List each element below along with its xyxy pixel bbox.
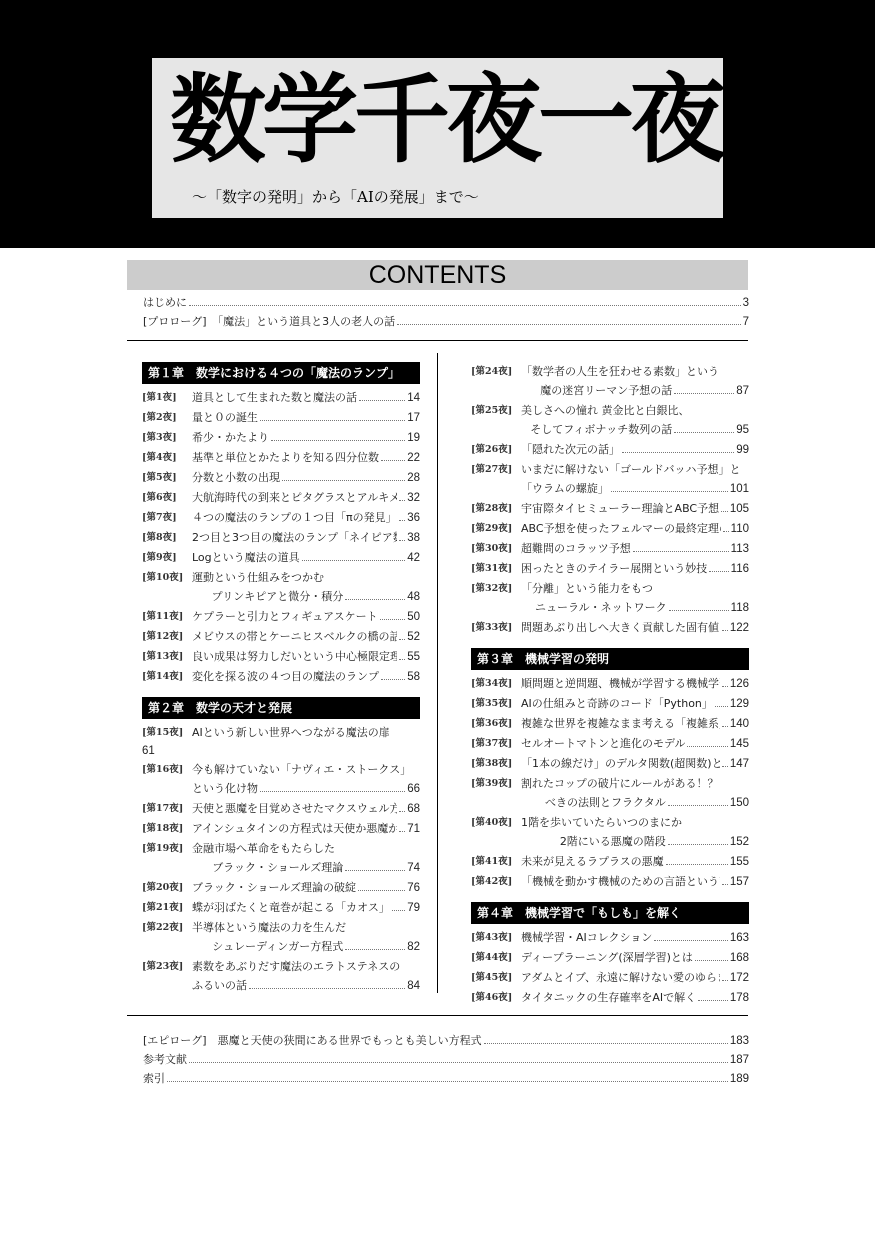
night-number: [第40夜] — [471, 813, 521, 852]
entry-line: ブラック・ショールズ理論の破綻76 — [192, 878, 420, 898]
entry-body: 未来が見えるラプラスの悪魔155 — [521, 852, 749, 872]
dot-leader — [399, 639, 405, 640]
toc-entry[interactable]: [第2夜]量と０の誕生17 — [142, 408, 420, 428]
entry-line: 魔の迷宮リーマン予想の話87 — [521, 381, 749, 401]
night-number: [第34夜] — [471, 674, 521, 694]
toc-page-number: 183 — [730, 1032, 749, 1050]
dot-leader — [381, 679, 405, 680]
entry-page-number: 118 — [731, 599, 749, 618]
entry-title: ブラック・ショールズ理論 — [212, 858, 343, 877]
toc-entry[interactable]: [第20夜]ブラック・ショールズ理論の破綻76 — [142, 878, 420, 898]
entry-page-number: 42 — [407, 549, 420, 568]
entry-line: ブラック・ショールズ理論74 — [192, 858, 420, 878]
entry-title: 困ったときのテイラー展開という妙技 — [521, 559, 707, 578]
toc-entry[interactable]: [第33夜]問題あぶり出しへ大きく貢献した固有値問題122 — [471, 618, 749, 638]
entry-line: ニューラル・ネットワーク118 — [521, 598, 749, 618]
toc-page-number: 3 — [743, 294, 749, 312]
toc-entry[interactable]: [第5夜]分数と小数の出現28 — [142, 468, 420, 488]
entry-title: AIの仕組みと奇跡のコード「Python」 — [521, 694, 713, 713]
column-divider — [437, 353, 438, 993]
toc-entry[interactable]: [第23夜]素数をあぶりだす魔法のエラトステネスのふるいの話84 — [142, 957, 420, 996]
dot-leader — [666, 864, 728, 865]
entry-page-number: 126 — [730, 675, 749, 694]
toc-label: 参考文献 — [143, 1051, 187, 1069]
toc-entry[interactable]: [第28夜]宇宙際タイヒミューラー理論とABC予想105 — [471, 499, 749, 519]
entry-page-number: 105 — [730, 500, 749, 519]
entry-body: Logという魔法の道具42 — [192, 548, 420, 568]
night-number: [第35夜] — [471, 694, 521, 714]
header-band: 数学千夜一夜 〜「数字の発明」から「AIの発展」まで〜 — [0, 0, 875, 248]
entry-body: 素数をあぶりだす魔法のエラトステネスのふるいの話84 — [192, 957, 420, 996]
entry-title: ニューラル・ネットワーク — [535, 598, 667, 617]
toc-entry[interactable]: [第19夜]金融市場へ革命をもたらしたブラック・ショールズ理論74 — [142, 839, 420, 878]
entry-page-number: 168 — [730, 949, 749, 968]
toc-entry[interactable]: [第8夜]2つ目と3つ目の魔法のランプ「ネイピア数e」と「虚数i」38 — [142, 528, 420, 548]
entry-body: 量と０の誕生17 — [192, 408, 420, 428]
entry-body: 変化を探る波の４つ目の魔法のランプ58 — [192, 667, 420, 687]
entry-page-number: 110 — [731, 520, 749, 539]
entry-line: 希少・かたより19 — [192, 428, 420, 448]
entry-title: 問題あぶり出しへ大きく貢献した固有値問題 — [521, 618, 720, 637]
night-number: [第23夜] — [142, 957, 192, 996]
entry-title: 希少・かたより — [192, 428, 269, 447]
toc-entry[interactable]: [第13夜]良い成果は努力しだいという中心極限定理55 — [142, 647, 420, 667]
toc-entry[interactable]: [第41夜]未来が見えるラプラスの悪魔155 — [471, 852, 749, 872]
entry-title: 「機械を動かす機械のための言語という話」 — [521, 872, 720, 891]
night-number: [第4夜] — [142, 448, 192, 468]
entry-title: 魔の迷宮リーマン予想の話 — [540, 381, 672, 400]
entry-page-number: 178 — [730, 989, 749, 1008]
spacer — [471, 638, 749, 648]
toc-entry[interactable]: [第32夜]「分離」という能力をもつニューラル・ネットワーク118 — [471, 579, 749, 618]
entry-body: 天使と悪魔を目覚めさせたマクスウェル方程式68 — [192, 799, 420, 819]
toc-entry[interactable]: [第21夜]蝶が羽ばたくと竜巻が起こる「カオス」79 — [142, 898, 420, 918]
entry-page-number: 163 — [730, 929, 749, 948]
toc-entry[interactable]: [第15夜]AIという新しい世界へつながる魔法の扉 — [142, 723, 420, 742]
entry-page-number: 87 — [736, 382, 749, 401]
toc-front-matter-item[interactable]: [プロローグ] 「魔法」という道具と3人の老人の話 7 — [143, 313, 749, 331]
entry-title: 大航海時代の到来とピタグラスとアルキメデス — [192, 488, 397, 507]
spacer — [142, 687, 420, 697]
dot-leader — [698, 1000, 728, 1001]
entry-body: 「隠れた次元の話」99 — [521, 440, 749, 460]
dot-leader — [722, 980, 728, 981]
entry-title: という化け物 — [192, 779, 258, 798]
dot-leader — [399, 520, 406, 521]
entry-title: AIという新しい世界へつながる魔法の扉 — [192, 723, 390, 742]
entry-body: 宇宙際タイヒミューラー理論とABC予想105 — [521, 499, 749, 519]
entry-body: 運動という仕組みをつかむプリンキピアと微分・積分48 — [192, 568, 420, 607]
entry-line: べきの法則とフラクタル150 — [521, 793, 749, 813]
entry-line: 量と０の誕生17 — [192, 408, 420, 428]
entry-body: 機械学習・AIコレクション163 — [521, 928, 749, 948]
entry-line: 1階を歩いていたらいつのまにか — [521, 813, 749, 832]
dot-leader — [668, 805, 728, 806]
chapter-number: 第３章 — [477, 652, 513, 666]
entry-title: 良い成果は努力しだいという中心極限定理 — [192, 647, 397, 666]
entry-body: ABC予想を使ったフェルマーの最終定理の話110 — [521, 519, 749, 539]
toc-entry[interactable]: [第36夜]複雑な世界を複雑なまま考える「複雑系」の登場140 — [471, 714, 749, 734]
entry-title: 素数をあぶりだす魔法のエラトステネスの — [192, 957, 400, 976]
toc-label: はじめに — [143, 294, 187, 312]
entry-line: 複雑な世界を複雑なまま考える「複雑系」の登場140 — [521, 714, 749, 734]
night-number: [第21夜] — [142, 898, 192, 918]
toc-entry[interactable]: [第44夜]ディープラーニング(深層学習)とは168 — [471, 948, 749, 968]
night-number: [第16夜] — [142, 760, 192, 799]
toc-entry[interactable]: [第17夜]天使と悪魔を目覚めさせたマクスウェル方程式68 — [142, 799, 420, 819]
toc-entry[interactable]: [第26夜]「隠れた次元の話」99 — [471, 440, 749, 460]
entry-line: メビウスの帯とケーニヒスベルクの橋の話52 — [192, 627, 420, 647]
entry-line: 「分離」という能力をもつ — [521, 579, 749, 598]
night-number: [第12夜] — [142, 627, 192, 647]
entry-body: 困ったときのテイラー展開という妙技116 — [521, 559, 749, 579]
toc-entry[interactable]: [第14夜]変化を探る波の４つ目の魔法のランプ58 — [142, 667, 420, 687]
entry-title: 未来が見えるラプラスの悪魔 — [521, 852, 664, 871]
entry-body: タイタニックの生存確率をAIで解く178 — [521, 988, 749, 1008]
night-number: [第6夜] — [142, 488, 192, 508]
entry-title: 今も解けていない「ナヴィエ・ストークス」 — [192, 760, 411, 779]
night-number: [第1夜] — [142, 388, 192, 408]
entry-line: 「ウラムの螺旋」101 — [521, 479, 749, 499]
entry-title: そしてフィボナッチ数列の話 — [530, 420, 672, 439]
toc-entry[interactable]: [第16夜]今も解けていない「ナヴィエ・ストークス」という化け物66 — [142, 760, 420, 799]
toc-entry[interactable]: [第4夜]基準と単位とかたよりを知る四分位数22 — [142, 448, 420, 468]
entry-line: プリンキピアと微分・積分48 — [192, 587, 420, 607]
entry-line: 素数をあぶりだす魔法のエラトステネスの — [192, 957, 420, 976]
night-number: [第28夜] — [471, 499, 521, 519]
dot-leader — [715, 706, 728, 707]
spacer — [471, 892, 749, 902]
entry-page-number: 84 — [407, 977, 420, 996]
toc-page-number: 189 — [730, 1070, 749, 1088]
toc-entry[interactable]: [第18夜]アインシュタインの方程式は天使か悪魔か71 — [142, 819, 420, 839]
toc-column-right: [第24夜]「数学者の人生を狂わせる素数」という魔の迷宮リーマン予想の話87[第… — [471, 362, 749, 1008]
night-number: [第27夜] — [471, 460, 521, 499]
entry-body: ディープラーニング(深層学習)とは168 — [521, 948, 749, 968]
entry-title: 2階にいる悪魔の階段 — [560, 832, 666, 851]
entry-line: 困ったときのテイラー展開という妙技116 — [521, 559, 749, 579]
entry-line: 「隠れた次元の話」99 — [521, 440, 749, 460]
toc-entry[interactable]: [第27夜]いまだに解けない「ゴールドバッハ予想」と「ウラムの螺旋」101 — [471, 460, 749, 499]
entry-body: ケプラーと引力とフィギュアスケート50 — [192, 607, 420, 627]
contents-heading-bar: CONTENTS — [127, 260, 748, 290]
dot-leader — [399, 811, 405, 812]
night-number: [第41夜] — [471, 852, 521, 872]
entry-title: 変化を探る波の４つ目の魔法のランプ — [192, 667, 379, 686]
contents-title: CONTENTS — [369, 261, 507, 289]
entry-line: 「数学者の人生を狂わせる素数」という — [521, 362, 749, 381]
toc-entry[interactable]: [第10夜]運動という仕組みをつかむプリンキピアと微分・積分48 — [142, 568, 420, 607]
entry-title: 「数学者の人生を狂わせる素数」という — [521, 362, 719, 381]
entry-title: 「隠れた次元の話」 — [521, 440, 620, 459]
entry-page-number: 116 — [731, 560, 749, 579]
toc-entry[interactable]: [第9夜]Logという魔法の道具42 — [142, 548, 420, 568]
entry-title: アダムとイブ、永遠に解けない愛のゆらぎ — [521, 968, 720, 987]
entry-title: 道具として生まれた数と魔法の話 — [192, 388, 357, 407]
entry-line: 変化を探る波の４つ目の魔法のランプ58 — [192, 667, 420, 687]
night-number: [第13夜] — [142, 647, 192, 667]
entry-line: ABC予想を使ったフェルマーの最終定理の話110 — [521, 519, 749, 539]
dot-leader — [381, 460, 405, 461]
divider-top — [127, 340, 748, 341]
entry-body: 1階を歩いていたらいつのまにか2階にいる悪魔の階段152 — [521, 813, 749, 852]
entry-page-number: 147 — [730, 755, 749, 774]
entry-page-number: 76 — [407, 879, 420, 898]
entry-body: 希少・かたより19 — [192, 428, 420, 448]
night-number: [第36夜] — [471, 714, 521, 734]
entry-body: 半導体という魔法の力を生んだシュレーディンガー方程式82 — [192, 918, 420, 957]
entry-line: 基準と単位とかたよりを知る四分位数22 — [192, 448, 420, 468]
entry-body: 大航海時代の到来とピタグラスとアルキメデス32 — [192, 488, 420, 508]
chapter-heading[interactable]: 第２章数学の天才と発展 — [142, 697, 420, 719]
dot-leader — [399, 540, 405, 541]
entry-title: 2つ目と3つ目の魔法のランプ「ネイピア数e」と「虚数i」 — [192, 528, 397, 547]
entry-line: 2階にいる悪魔の階段152 — [521, 832, 749, 852]
entry-title: べきの法則とフラクタル — [545, 793, 666, 812]
night-number: [第9夜] — [142, 548, 192, 568]
dot-leader — [654, 940, 727, 941]
toc-entry[interactable]: [第24夜]「数学者の人生を狂わせる素数」という魔の迷宮リーマン予想の話87 — [471, 362, 749, 401]
entry-body: 金融市場へ革命をもたらしたブラック・ショールズ理論74 — [192, 839, 420, 878]
toc-back-matter-item[interactable]: 索引 189 — [143, 1070, 749, 1088]
book-title: 数学千夜一夜 — [170, 60, 710, 180]
night-number: [第5夜] — [142, 468, 192, 488]
night-number: [第42夜] — [471, 872, 521, 892]
dot-leader — [345, 599, 405, 600]
toc-entry[interactable]: [第39夜]割れたコップの破片にルールがある！？べきの法則とフラクタル150 — [471, 774, 749, 813]
entry-page-number: 150 — [730, 794, 749, 813]
dot-leader — [721, 511, 728, 512]
dot-leader — [260, 420, 405, 421]
entry-line: ディープラーニング(深層学習)とは168 — [521, 948, 749, 968]
dot-leader — [189, 304, 741, 306]
entry-page-number: 66 — [407, 780, 420, 799]
entry-line: 道具として生まれた数と魔法の話14 — [192, 388, 420, 408]
entry-page-number: 28 — [407, 469, 420, 488]
entry-title: 「1本の線だけ」のデルタ関数(超関数)とは — [521, 754, 720, 773]
entry-title: アインシュタインの方程式は天使か悪魔か — [192, 819, 397, 838]
entry-title: 「分離」という能力をもつ — [521, 579, 653, 598]
entry-line: 今も解けていない「ナヴィエ・ストークス」 — [192, 760, 420, 779]
night-number: [第45夜] — [471, 968, 521, 988]
entry-title: プリンキピアと微分・積分 — [212, 587, 344, 606]
dot-leader — [674, 393, 734, 394]
entry-line: アダムとイブ、永遠に解けない愛のゆらぎ172 — [521, 968, 749, 988]
toc-entry[interactable]: [第3夜]希少・かたより19 — [142, 428, 420, 448]
entry-line: AIという新しい世界へつながる魔法の扉 — [192, 723, 420, 742]
entry-line: アインシュタインの方程式は天使か悪魔か71 — [192, 819, 420, 839]
entry-title: セルオートマトンと進化のモデル — [521, 734, 685, 753]
entry-title: 分数と小数の出現 — [192, 468, 280, 487]
night-number: [第19夜] — [142, 839, 192, 878]
entry-page-number: 58 — [407, 668, 420, 687]
dot-leader — [709, 571, 728, 572]
toc-entry[interactable]: [第11夜]ケプラーと引力とフィギュアスケート50 — [142, 607, 420, 627]
entry-body: 超難問のコラッツ予想113 — [521, 539, 749, 559]
dot-leader — [695, 960, 728, 961]
toc-entry[interactable]: [第42夜]「機械を動かす機械のための言語という話」157 — [471, 872, 749, 892]
night-number: [第3夜] — [142, 428, 192, 448]
dot-leader — [668, 844, 728, 845]
toc-entry[interactable]: [第37夜]セルオートマトンと進化のモデル145 — [471, 734, 749, 754]
night-number: [第20夜] — [142, 878, 192, 898]
entry-line: ケプラーと引力とフィギュアスケート50 — [192, 607, 420, 627]
dot-leader — [669, 610, 729, 611]
entry-line: AIの仕組みと奇跡のコード「Python」129 — [521, 694, 749, 714]
toc-entry[interactable]: [第29夜]ABC予想を使ったフェルマーの最終定理の話110 — [471, 519, 749, 539]
entry-title: 複雑な世界を複雑なまま考える「複雑系」の登場 — [521, 714, 720, 733]
dot-leader — [359, 400, 405, 401]
toc-entry[interactable]: [第43夜]機械学習・AIコレクション163 — [471, 928, 749, 948]
entry-line: という化け物66 — [192, 779, 420, 799]
dot-leader — [392, 910, 405, 911]
entry-title: いまだに解けない「ゴールドバッハ予想」と — [521, 460, 741, 479]
chapter-title: 数学の天才と発展 — [196, 701, 292, 715]
chapter-title: 機械学習の発明 — [525, 652, 609, 666]
night-number: [第25夜] — [471, 401, 521, 440]
entry-title: シュレーディンガー方程式 — [212, 937, 343, 956]
chapter-heading[interactable]: 第１章数学における４つの「魔法のランプ」 — [142, 362, 420, 384]
toc-back-matter-item[interactable]: [エピローグ] 悪魔と天使の狭間にある世界でもっとも美しい方程式 183 — [143, 1032, 749, 1050]
entry-page-number: 157 — [730, 873, 749, 892]
dot-leader — [722, 766, 728, 767]
entry-line: 分数と小数の出現28 — [192, 468, 420, 488]
night-number: [第24夜] — [471, 362, 521, 401]
entry-body: ブラック・ショールズ理論の破綻76 — [192, 878, 420, 898]
night-number: [第15夜] — [142, 723, 192, 742]
entry-page-number: 48 — [407, 588, 420, 607]
chapter-number: 第４章 — [477, 906, 513, 920]
night-number: [第18夜] — [142, 819, 192, 839]
entry-page-number: 155 — [730, 853, 749, 872]
entry-title: ブラック・ショールズ理論の破綻 — [192, 878, 356, 897]
toc-column-left: 第１章数学における４つの「魔法のランプ」[第1夜]道具として生まれた数と魔法の話… — [142, 362, 420, 996]
entry-title: メビウスの帯とケーニヒスベルクの橋の話 — [192, 627, 397, 646]
dot-leader — [633, 551, 729, 552]
entry-line: 未来が見えるラプラスの悪魔155 — [521, 852, 749, 872]
chapter-heading[interactable]: 第４章機械学習で「もしも」を解く — [471, 902, 749, 924]
night-number: [第17夜] — [142, 799, 192, 819]
toc-entry[interactable]: [第22夜]半導体という魔法の力を生んだシュレーディンガー方程式82 — [142, 918, 420, 957]
toc-entry[interactable]: [第1夜]道具として生まれた数と魔法の話14 — [142, 388, 420, 408]
entry-line: 金融市場へ革命をもたらした — [192, 839, 420, 858]
entry-title: 機械学習・AIコレクション — [521, 928, 652, 947]
toc-entry[interactable]: [第35夜]AIの仕組みと奇跡のコード「Python」129 — [471, 694, 749, 714]
entry-title: 量と０の誕生 — [192, 408, 258, 427]
entry-line: 良い成果は努力しだいという中心極限定理55 — [192, 647, 420, 667]
dot-leader — [282, 480, 405, 481]
toc-page-number: 187 — [730, 1051, 749, 1069]
entry-body: 美しさへの憧れ 黄金比と白銀比、そしてフィボナッチ数列の話95 — [521, 401, 749, 440]
dot-leader — [484, 1042, 728, 1044]
toc-entry[interactable]: [第12夜]メビウスの帯とケーニヒスベルクの橋の話52 — [142, 627, 420, 647]
entry-body: 今も解けていない「ナヴィエ・ストークス」という化け物66 — [192, 760, 420, 799]
toc-label: 索引 — [143, 1070, 165, 1088]
entry-page-number: 68 — [407, 800, 420, 819]
night-number: [第38夜] — [471, 754, 521, 774]
toc-front-matter-item[interactable]: はじめに 3 — [143, 294, 749, 312]
dot-leader — [358, 890, 405, 891]
entry-line: タイタニックの生存確率をAIで解く178 — [521, 988, 749, 1008]
dot-leader — [167, 1080, 728, 1082]
chapter-heading[interactable]: 第３章機械学習の発明 — [471, 648, 749, 670]
entry-line: ４つの魔法のランプの１つ目「πの発見」36 — [192, 508, 420, 528]
toc-entry[interactable]: [第31夜]困ったときのテイラー展開という妙技116 — [471, 559, 749, 579]
dot-leader — [723, 531, 729, 532]
toc-entry[interactable]: [第34夜]順問題と逆問題、機械が学習する機械学習126 — [471, 674, 749, 694]
night-number: [第30夜] — [471, 539, 521, 559]
dot-leader — [345, 949, 405, 950]
dot-leader — [611, 491, 728, 492]
toc-entry[interactable]: [第30夜]超難問のコラッツ予想113 — [471, 539, 749, 559]
entry-body: 「数学者の人生を狂わせる素数」という魔の迷宮リーマン予想の話87 — [521, 362, 749, 401]
dot-leader — [399, 500, 405, 501]
entry-title: ABC予想を使ったフェルマーの最終定理の話 — [521, 519, 721, 538]
night-number: [第39夜] — [471, 774, 521, 813]
entry-page-number: 79 — [407, 899, 420, 918]
night-number: [第11夜] — [142, 607, 192, 627]
entry-page-number: 32 — [407, 489, 420, 508]
entry-title: 蝶が羽ばたくと竜巻が起こる「カオス」 — [192, 898, 390, 917]
toc-back-matter-item[interactable]: 参考文献 187 — [143, 1051, 749, 1069]
divider-bottom — [127, 1015, 748, 1016]
entry-body: AIという新しい世界へつながる魔法の扉 — [192, 723, 420, 742]
dot-leader — [249, 988, 405, 989]
entry-line: そしてフィボナッチ数列の話95 — [521, 420, 749, 440]
entry-title: 基準と単位とかたよりを知る四分位数 — [192, 448, 379, 467]
toc-entry[interactable]: [第38夜]「1本の線だけ」のデルタ関数(超関数)とは147 — [471, 754, 749, 774]
entry-body: 道具として生まれた数と魔法の話14 — [192, 388, 420, 408]
entry-body: 割れたコップの破片にルールがある！？べきの法則とフラクタル150 — [521, 774, 749, 813]
toc-entry[interactable]: [第7夜]４つの魔法のランプの１つ目「πの発見」36 — [142, 508, 420, 528]
entry-page-number: 82 — [407, 938, 420, 957]
entry-page-number: 172 — [730, 969, 749, 988]
entry-body: 2つ目と3つ目の魔法のランプ「ネイピア数e」と「虚数i」38 — [192, 528, 420, 548]
entry-body: メビウスの帯とケーニヒスベルクの橋の話52 — [192, 627, 420, 647]
entry-page-number: 50 — [407, 608, 420, 627]
entry-body: 問題あぶり出しへ大きく貢献した固有値問題122 — [521, 618, 749, 638]
dot-leader — [687, 746, 727, 747]
toc-entry[interactable]: [第46夜]タイタニックの生存確率をAIで解く178 — [471, 988, 749, 1008]
entry-page-number: 101 — [730, 480, 749, 499]
entry-title: 半導体という魔法の力を生んだ — [192, 918, 346, 937]
entry-page-number: 113 — [731, 540, 749, 559]
toc-entry[interactable]: [第25夜]美しさへの憧れ 黄金比と白銀比、そしてフィボナッチ数列の話95 — [471, 401, 749, 440]
toc-entry[interactable]: [第45夜]アダムとイブ、永遠に解けない愛のゆらぎ172 — [471, 968, 749, 988]
dot-leader — [397, 323, 741, 325]
night-number: [第7夜] — [142, 508, 192, 528]
toc-page-number: 7 — [743, 313, 749, 331]
night-number: [第2夜] — [142, 408, 192, 428]
dot-leader — [189, 1061, 728, 1063]
night-number: [第37夜] — [471, 734, 521, 754]
entry-page-number: 74 — [407, 859, 420, 878]
entry-title: Logという魔法の道具 — [192, 548, 300, 567]
entry-body: 複雑な世界を複雑なまま考える「複雑系」の登場140 — [521, 714, 749, 734]
entry-line: 美しさへの憧れ 黄金比と白銀比、 — [521, 401, 749, 420]
toc-entry[interactable]: [第6夜]大航海時代の到来とピタグラスとアルキメデス32 — [142, 488, 420, 508]
night-number: [第33夜] — [471, 618, 521, 638]
toc-entry[interactable]: [第40夜]1階を歩いていたらいつのまにか2階にいる悪魔の階段152 — [471, 813, 749, 852]
entry-title: タイタニックの生存確率をAIで解く — [521, 988, 696, 1007]
entry-page-number: 145 — [730, 735, 749, 754]
chapter-number: 第１章 — [148, 366, 184, 380]
entry-line: 順問題と逆問題、機械が学習する機械学習126 — [521, 674, 749, 694]
entry-body: 順問題と逆問題、機械が学習する機械学習126 — [521, 674, 749, 694]
entry-line: セルオートマトンと進化のモデル145 — [521, 734, 749, 754]
entry-line: 2つ目と3つ目の魔法のランプ「ネイピア数e」と「虚数i」38 — [192, 528, 420, 548]
entry-page-number: 17 — [407, 409, 420, 428]
